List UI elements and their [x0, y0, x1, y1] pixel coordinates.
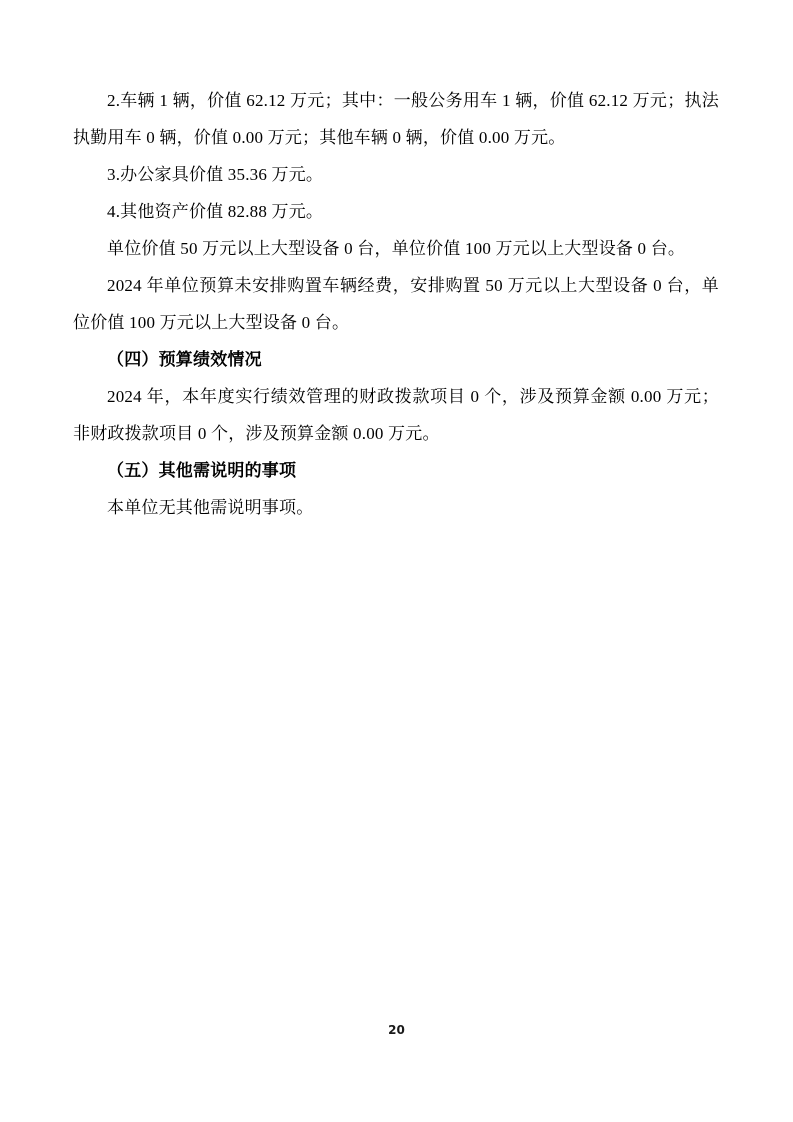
paragraph-other-matters-detail: 本单位无其他需说明事项。: [73, 489, 719, 526]
paragraph-office-furniture: 3.办公家具价值 35.36 万元。: [73, 156, 719, 193]
heading-other-matters: （五）其他需说明的事项: [73, 452, 719, 489]
paragraph-large-equipment: 单位价值 50 万元以上大型设备 0 台，单位价值 100 万元以上大型设备 0…: [73, 230, 719, 267]
paragraph-other-assets: 4.其他资产价值 82.88 万元。: [73, 193, 719, 230]
heading-budget-performance: （四）预算绩效情况: [73, 341, 719, 378]
document-page: 2.车辆 1 辆，价值 62.12 万元；其中：一般公务用车 1 辆，价值 62…: [0, 0, 793, 1122]
paragraph-performance-detail: 2024 年，本年度实行绩效管理的财政拨款项目 0 个，涉及预算金额 0.00 …: [73, 378, 719, 452]
document-body: 2.车辆 1 辆，价值 62.12 万元；其中：一般公务用车 1 辆，价值 62…: [73, 82, 719, 526]
page-number: 20: [388, 1023, 405, 1037]
paragraph-vehicle-assets: 2.车辆 1 辆，价值 62.12 万元；其中：一般公务用车 1 辆，价值 62…: [73, 82, 719, 156]
page-footer: 20: [0, 1021, 793, 1039]
paragraph-2024-procurement: 2024 年单位预算未安排购置车辆经费，安排购置 50 万元以上大型设备 0 台…: [73, 267, 719, 341]
